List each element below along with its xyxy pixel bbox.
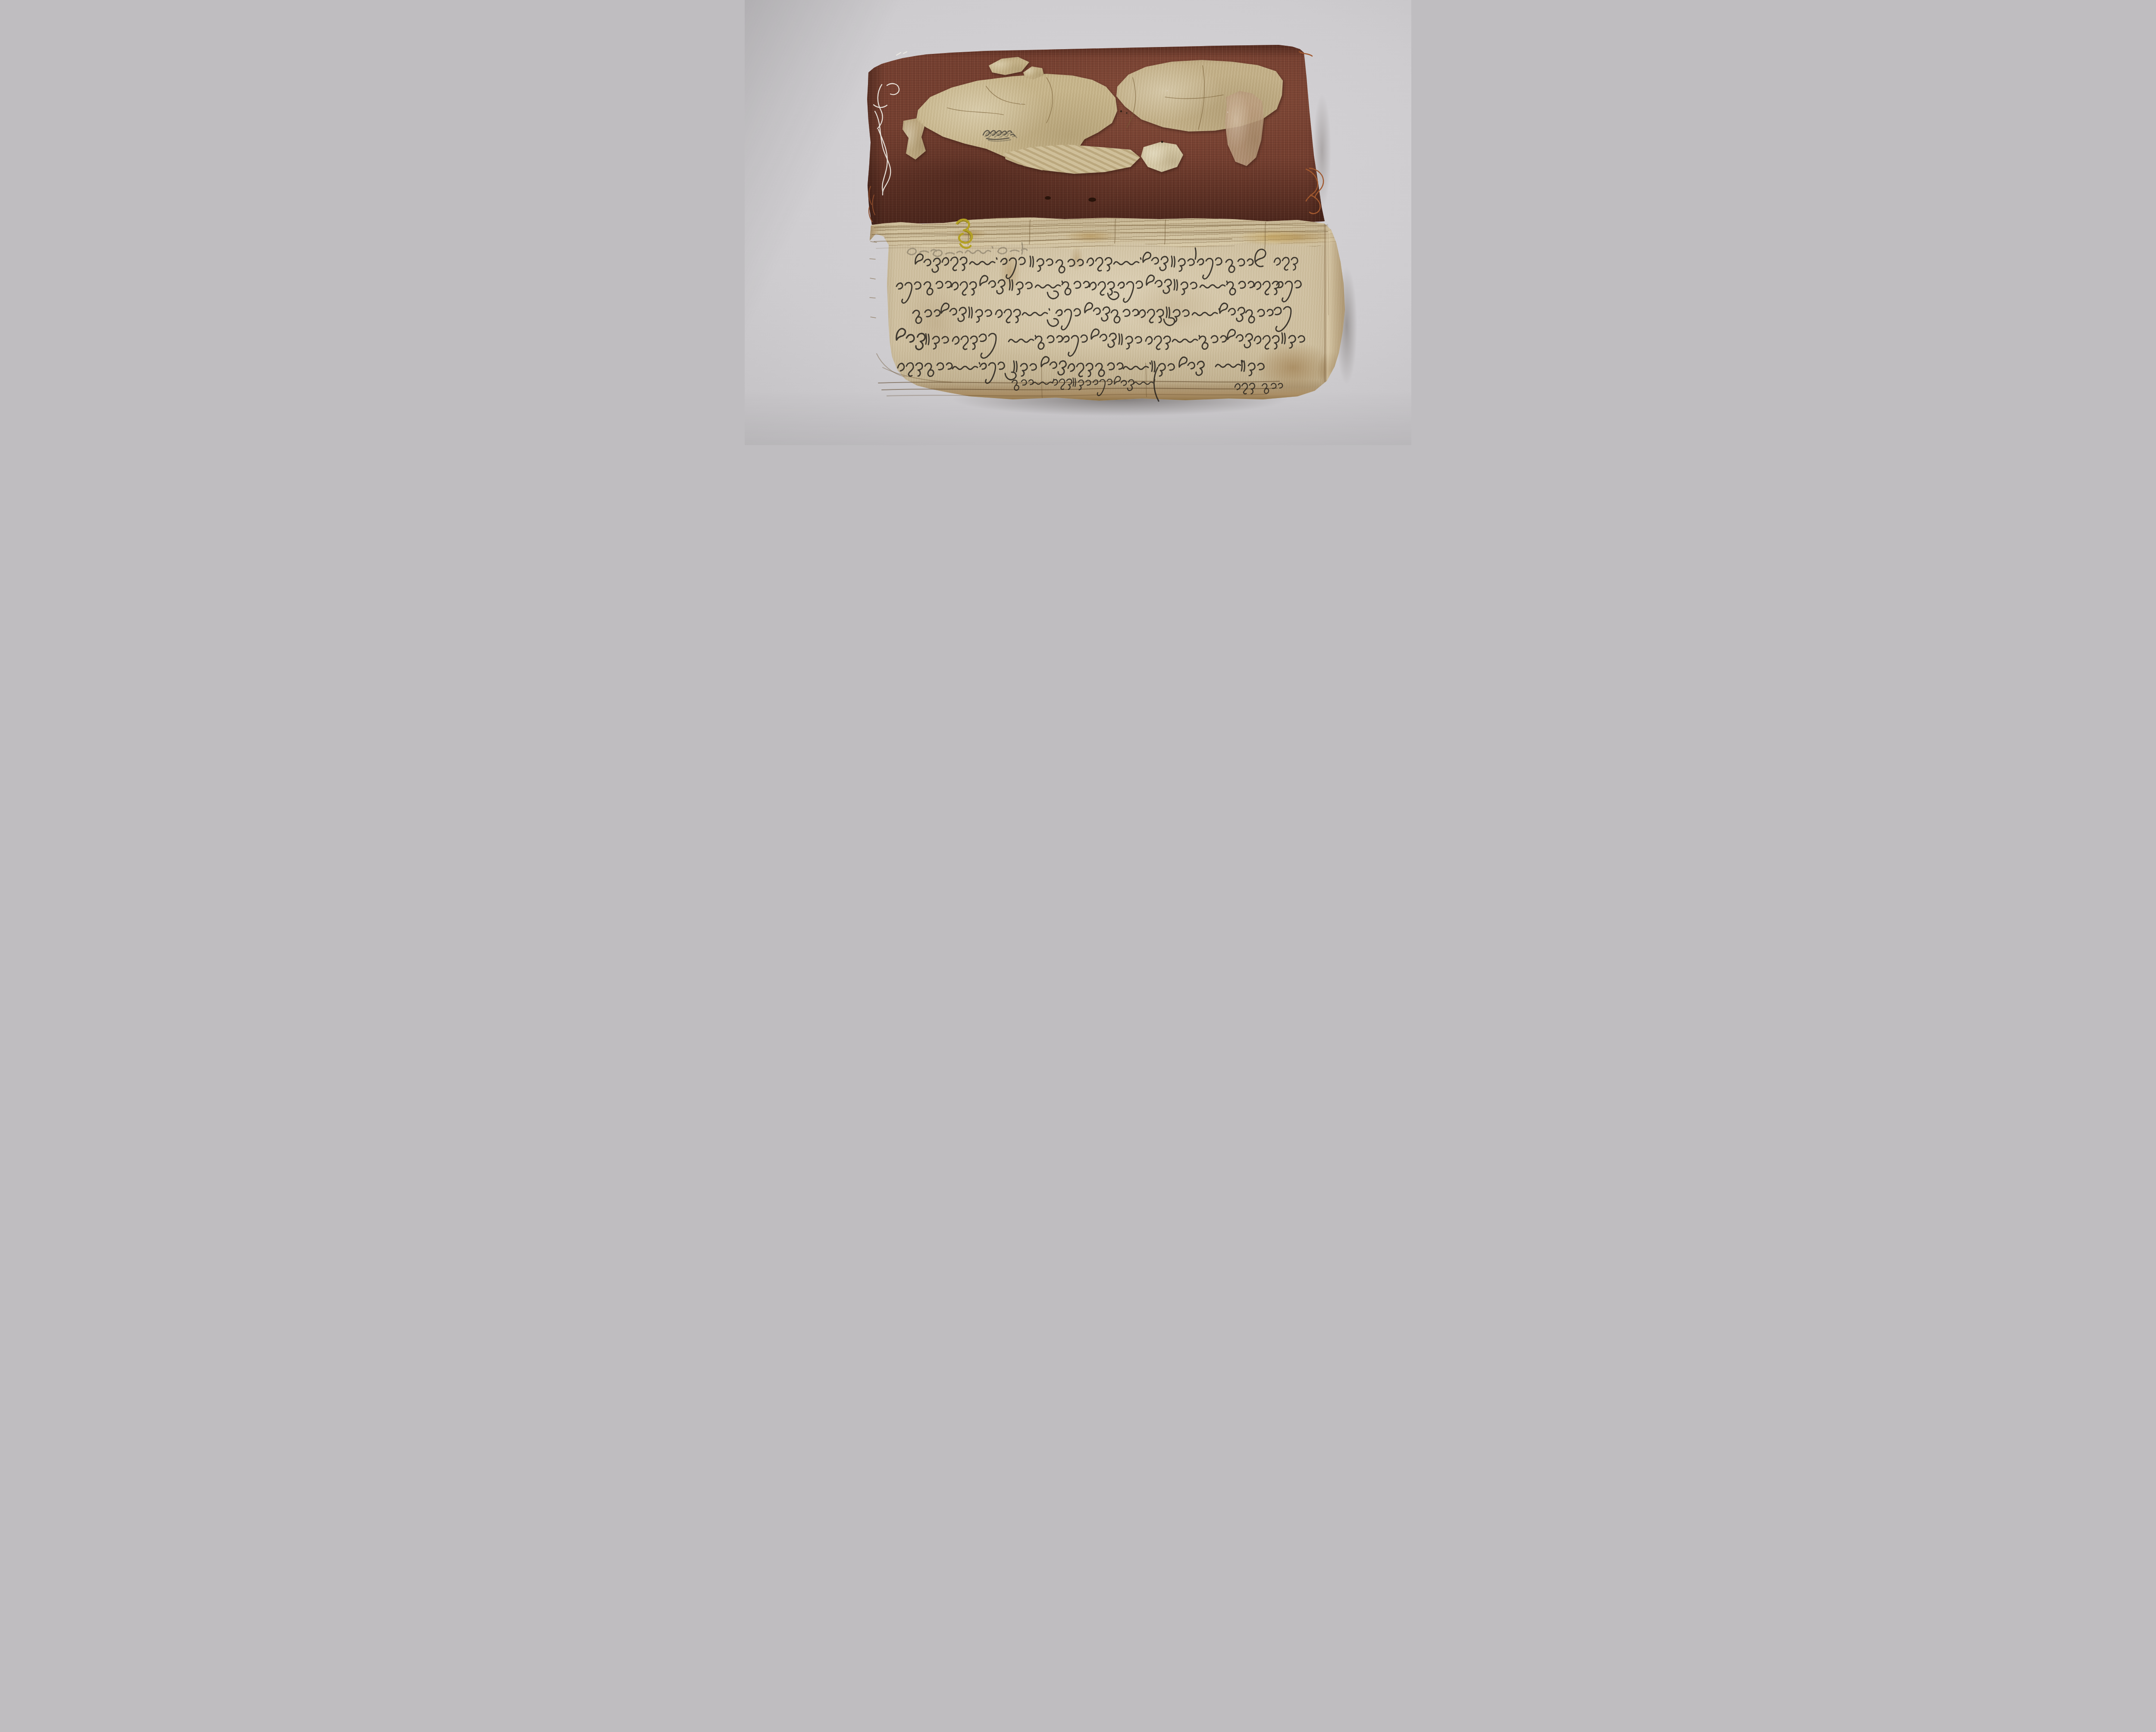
cloth-fringe	[869, 186, 875, 222]
rust-threads	[1299, 52, 1323, 213]
cloth-holes	[1045, 196, 1096, 202]
white-threads	[874, 52, 907, 195]
binding-cord	[957, 220, 972, 248]
lint-specks	[1020, 90, 1228, 113]
threads-overlay	[745, 0, 1411, 445]
photo-canvas	[745, 0, 1411, 445]
